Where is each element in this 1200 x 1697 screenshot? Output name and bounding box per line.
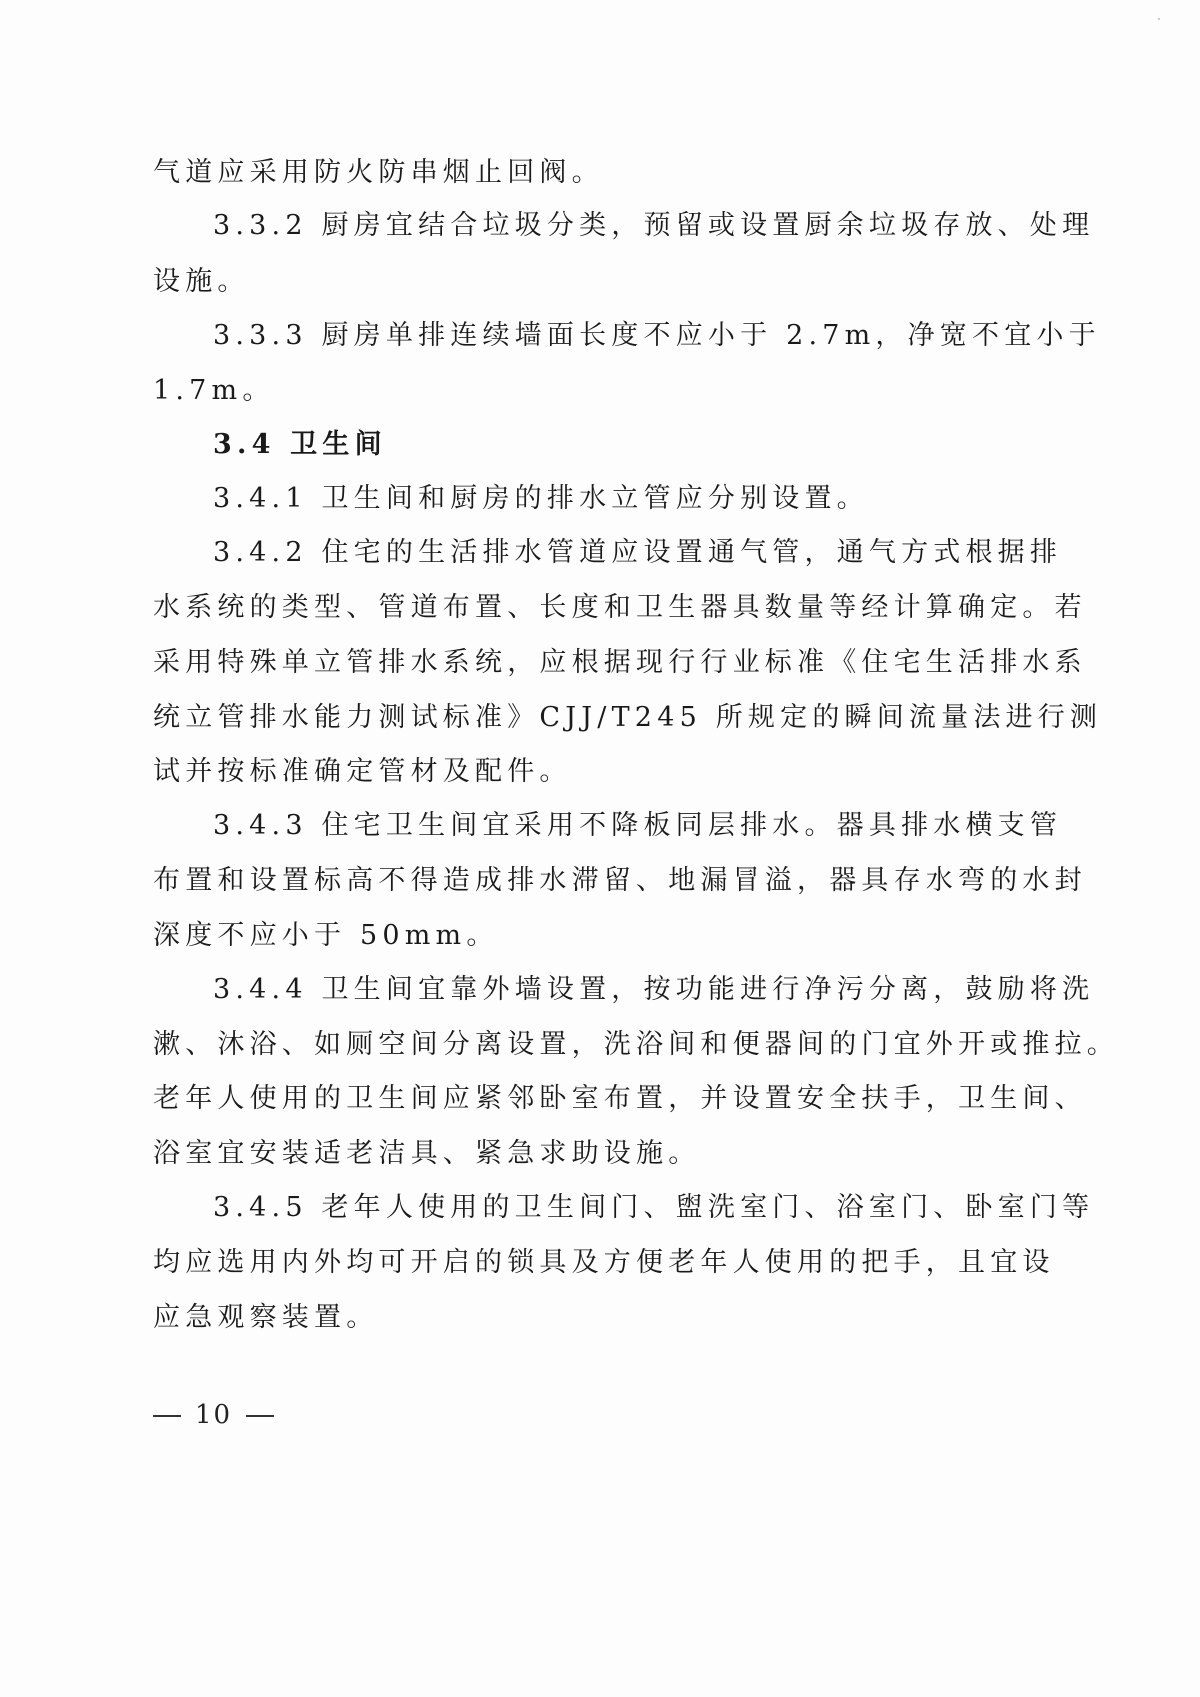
clause-3-4-4-line-3: 老年人使用的卫生间应紧邻卧室布置，并设置安全扶手，卫生间、 bbox=[153, 1081, 1038, 1117]
scan-speck bbox=[1158, 18, 1160, 20]
clause-3-4-3-line-2: 布置和设置标高不得造成排水滞留、地漏冒溢，器具存水弯的水封 bbox=[153, 863, 1038, 899]
page-number-dash-left bbox=[153, 1415, 181, 1417]
clause-3-4-2-line-5: 试并按标准确定管材及配件。 bbox=[153, 754, 1038, 790]
clause-3-4-5-line-3: 应急观察装置。 bbox=[153, 1300, 1038, 1336]
clause-3-3-2-line-2: 设施。 bbox=[153, 264, 1038, 300]
clause-3-4-2-line-4: 统立管排水能力测试标准》CJJ/T245 所规定的瞬间流量法进行测 bbox=[153, 700, 1038, 736]
page-number-dash-right bbox=[246, 1415, 274, 1417]
section-heading-3-4: 3.4 卫生间 bbox=[213, 427, 1038, 463]
clause-3-4-3-line-1: 3.4.3 住宅卫生间宜采用不降板同层排水。器具排水横支管 bbox=[213, 808, 1038, 844]
page-number: 10 bbox=[153, 1397, 288, 1433]
clause-3-4-3-line-3: 深度不应小于 50mm。 bbox=[153, 918, 1038, 954]
clause-3-4-5-line-2: 均应选用内外均可开启的锁具及方便老年人使用的把手，且宜设 bbox=[153, 1245, 1038, 1281]
text-line: 气道应采用防火防串烟止回阀。 bbox=[153, 155, 1038, 191]
clause-3-4-4-line-4: 浴室宜安装适老洁具、紧急求助设施。 bbox=[153, 1136, 1038, 1172]
page-number-value: 10 bbox=[195, 1400, 232, 1430]
document-page: 气道应采用防火防串烟止回阀。 3.3.2 厨房宜结合垃圾分类，预留或设置厨余垃圾… bbox=[0, 0, 1200, 1697]
clause-3-3-3-line-1: 3.3.3 厨房单排连续墙面长度不应小于 2.7m，净宽不宜小于 bbox=[213, 318, 1038, 354]
clause-3-4-4-line-2: 漱、沐浴、如厕空间分离设置，洗浴间和便器间的门宜外开或推拉。 bbox=[153, 1027, 1038, 1063]
clause-3-4-2-line-2: 水系统的类型、管道布置、长度和卫生器具数量等经计算确定。若 bbox=[153, 590, 1038, 626]
clause-3-3-2-line-1: 3.3.2 厨房宜结合垃圾分类，预留或设置厨余垃圾存放、处理 bbox=[213, 208, 1038, 244]
clause-3-4-2-line-3: 采用特殊单立管排水系统，应根据现行行业标准《住宅生活排水系 bbox=[153, 645, 1038, 681]
clause-3-4-5-line-1: 3.4.5 老年人使用的卫生间门、盥洗室门、浴室门、卧室门等 bbox=[213, 1190, 1038, 1226]
clause-3-4-4-line-1: 3.4.4 卫生间宜靠外墙设置，按功能进行净污分离，鼓励将洗 bbox=[213, 972, 1038, 1008]
clause-3-4-2-line-1: 3.4.2 住宅的生活排水管道应设置通气管，通气方式根据排 bbox=[213, 535, 1038, 571]
clause-3-3-3-line-2: 1.7m。 bbox=[153, 373, 1038, 409]
clause-3-4-1: 3.4.1 卫生间和厨房的排水立管应分别设置。 bbox=[213, 481, 1038, 517]
